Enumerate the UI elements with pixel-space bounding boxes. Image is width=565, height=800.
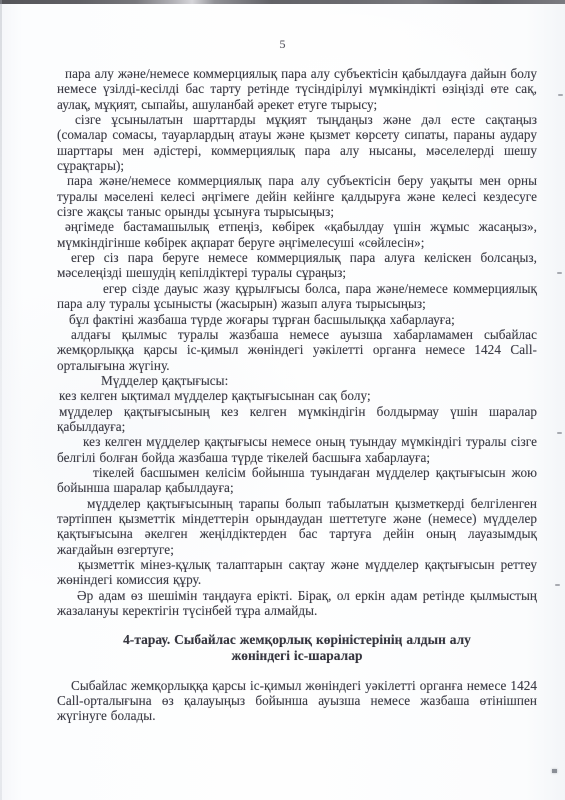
paragraph: егер сіз пара беруге немесе коммерциялық… [57,250,537,281]
scan-mark [557,272,562,274]
scan-edge-top-artifact [0,0,565,4]
paragraph: Әр адам өз шешімін таңдауға ерікті. Біра… [57,588,537,619]
scan-mark [557,432,562,434]
paragraph: қызметтік мінез-құлық талаптарын сақтау … [57,557,537,588]
section-heading: 4-тарау. Сыбайлас жемқорлық көріністерін… [57,632,537,663]
paragraph: пара және/немесе коммерциялық пара алу с… [57,173,537,219]
page-number: 5 [0,37,565,52]
paragraph: кез келген ықтимал мүдделер қақтығысынан… [57,388,537,403]
paragraph: бұл фактіні жазбаша түрде жоғары тұрған … [57,312,537,327]
scan-edge-left-artifact [0,0,2,800]
paragraph: мүдделер қақтығысының кез келген мүмкінд… [57,404,537,435]
scan-mark [555,584,560,586]
paragraph: мүдделер қақтығысының тарапы болып табыл… [57,496,537,557]
paragraph: Сыбайлас жемқорлыққа қарсы іс-қимыл жөні… [57,678,537,724]
paragraph: тікелей басшымен келісім бойынша туындағ… [57,465,537,496]
paragraph: кез келген мүдделер қақтығысы немесе оны… [57,434,537,465]
paragraph: Мүдделер қақтығысы: [57,373,537,388]
paragraph: сізге ұсынылатын шарттарды мұқият тыңдаң… [57,112,537,173]
paragraph: әңгімеде бастамашылық етпеңіз, көбірек «… [57,219,537,250]
scan-dot [552,769,557,773]
scan-mark [558,94,563,96]
paragraph: егер сізде дауыс жазу құрылғысы болса, п… [57,281,537,312]
paragraph: алдағы қылмыс туралы жазбаша немесе ауыз… [57,327,537,373]
document-body: пара алу және/немесе коммерциялық пара а… [57,66,537,724]
paragraph: пара алу және/немесе коммерциялық пара а… [57,66,537,112]
scanned-document-page: 5 пара алу және/немесе коммерциялық пара… [0,0,565,800]
